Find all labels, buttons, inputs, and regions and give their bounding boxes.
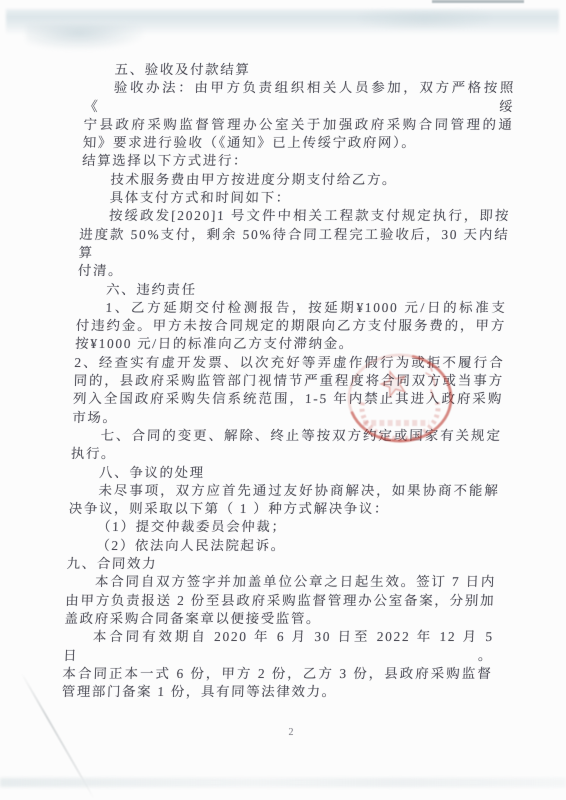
- text-line: 管理部门备案 1 份，具有同等法律效力。: [61, 683, 492, 701]
- text-line: 宁县政府采购监督管理办公室关于加强政府采购合同管理的通: [83, 116, 514, 134]
- scanned-contract-page: 五、验收及付款结算验收办法：由甲方负责组织相关人员参加，双方严格按照《绥宁县政府…: [0, 0, 566, 800]
- text-line: 本合同有效期自 2020 年 6 月 30 日至 2022 年 12 月 5 日…: [63, 628, 494, 665]
- text-line: 八、争议的处理: [70, 464, 501, 482]
- text-line: 1、乙方延期交付检测报告，按延期¥1000 元/日的标准支: [76, 299, 507, 317]
- page-number: 2: [281, 727, 301, 738]
- text-line: 六、违约责任: [77, 281, 508, 299]
- text-line: 本合同正本一式 6 份，甲方 2 份，乙方 3 份，县政府采购监督: [62, 665, 493, 683]
- text-line: 列入全国政府采购失信系统范围，1-5 年内禁止其进入政府采购: [73, 390, 504, 408]
- text-line: 验收办法：由甲方负责组织相关人员参加，双方严格按照《绥: [84, 79, 515, 116]
- text-line: 技术服务费由甲方按进度分期支付给乙方。: [81, 171, 512, 189]
- text-line: 知》要求进行验收（《通知》已上传绥宁政府网）。: [82, 134, 513, 152]
- text-line: 盖政府采购合同备案章以便接受监管。: [64, 610, 495, 628]
- text-line: 九、合同效力: [66, 555, 497, 573]
- text-line: 决争议，则采取以下第（ 1 ）种方式解决争议：: [68, 500, 499, 518]
- text-line: 付清。: [78, 262, 509, 280]
- text-line: 五、验收及付款结算: [85, 61, 516, 79]
- text-line: 未尽事项，双方应首先通过友好协商解决，如果协商不能解: [69, 482, 500, 500]
- scan-shadow-patch-mid: [360, 11, 490, 29]
- contract-text: 五、验收及付款结算验收办法：由甲方负责组织相关人员参加，双方严格按照《绥宁县政府…: [61, 61, 516, 701]
- scan-edge-line-top-right: [432, 0, 524, 3]
- text-line: （2）依法向人民法院起诉。: [67, 537, 498, 555]
- text-line: 付违约金。甲方未按合同规定的期限向乙方支付服务费的，甲方: [75, 317, 506, 335]
- text-line: 按绥政发[2020]1 号文件中相关工程款支付规定执行，即按: [80, 207, 511, 225]
- scan-shadow-patch-left: [26, 24, 144, 50]
- text-line: 本合同自双方签字并加盖单位公章之日起生效。签订 7 日内: [66, 573, 497, 591]
- text-line: 结算选择以下方式进行：: [82, 152, 513, 170]
- text-line: 2、经查实有虚开发票、以次充好等弄虚作假行为或拒不履行合: [74, 354, 505, 372]
- text-line: 执行。: [71, 445, 502, 463]
- text-line: （1）提交仲裁委员会仲裁；: [68, 518, 499, 536]
- text-line: 七、合同的变更、解除、终止等按双方约定或国家有关规定: [71, 427, 502, 445]
- text-line: 同的，县政府采购监管部门视情节严重程度将合同双方或当事方: [73, 372, 504, 390]
- text-line: 按¥1000 元/日的标准向乙方支付滞纳金。: [75, 335, 506, 353]
- text-line: 进度款 50%支付，剩余 50%待合同工程完工验收后，30 天内结算: [78, 226, 509, 263]
- scan-streak-bottom: [0, 778, 566, 787]
- text-line: 由甲方负责报送 2 份至县政府采购监督管理办公室备案，分别加: [65, 592, 496, 610]
- text-line: 具体支付方式和时间如下：: [80, 189, 511, 207]
- text-line: 市场。: [72, 409, 503, 427]
